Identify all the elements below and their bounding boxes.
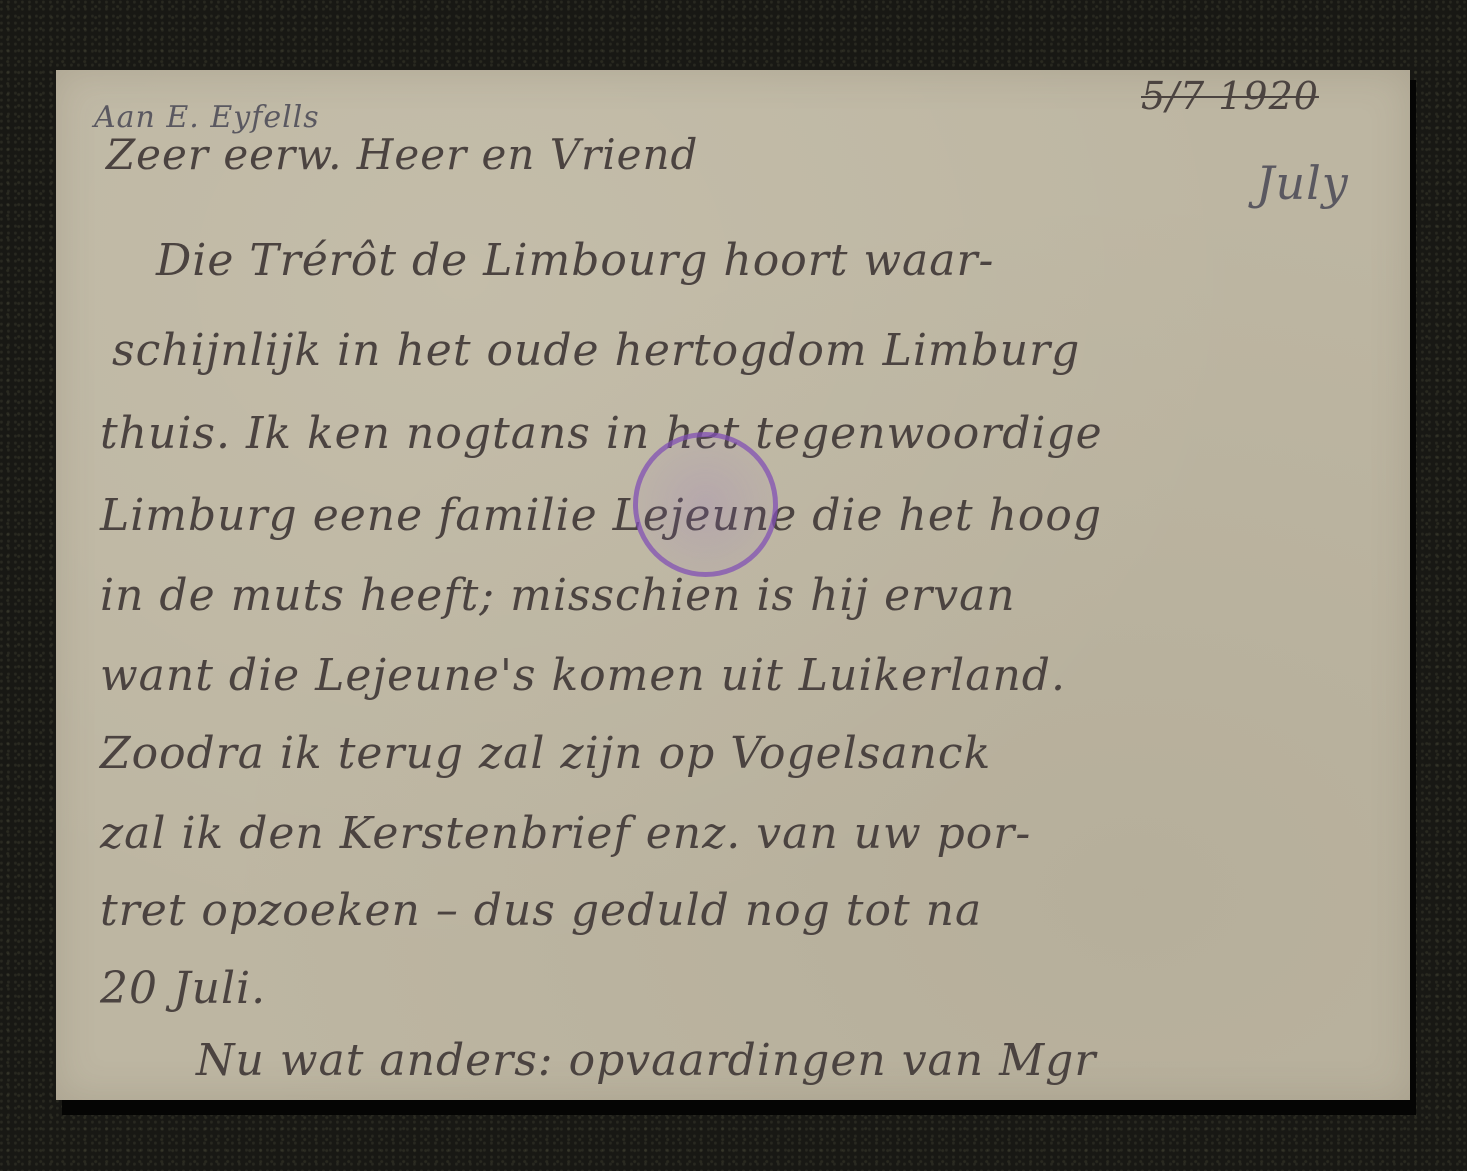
letter-line: Zoodra ik terug zal zijn op Vogelsanck [100,728,991,779]
letter-line: zal ik den Kerstenbrief enz. van uw por- [100,808,1031,859]
letter-line: want die Lejeune's komen uit Luikerland. [100,650,1066,701]
letter-line: tret opzoeken – dus geduld nog tot na [100,885,982,936]
date-annotation: 5/7 1920 [1141,74,1319,118]
purple-circular-stamp [633,432,778,577]
letter-line: schijnlijk in het oude hertogdom Limburg [112,325,1080,376]
letter-line: Nu wat anders: opvaardingen van Mgr [196,1035,1096,1086]
letter-line: thuis. Ik ken nogtans in het tegenwoordi… [100,408,1103,459]
letter-line: Die Trérôt de Limbourg hoort waar- [156,235,994,286]
letter-line: Limburg eene familie Lejeune die het hoo… [100,490,1102,541]
salutation: Zeer eerw. Heer en Vriend [106,130,698,179]
letter-line: in de muts heeft; misschien is hij ervan [100,570,1016,621]
postcard: Aan E. Eyfells 5/7 1920 July Zeer eerw. … [56,70,1410,1100]
month-annotation: July [1256,156,1349,210]
letter-line: 20 Juli. [100,963,266,1014]
